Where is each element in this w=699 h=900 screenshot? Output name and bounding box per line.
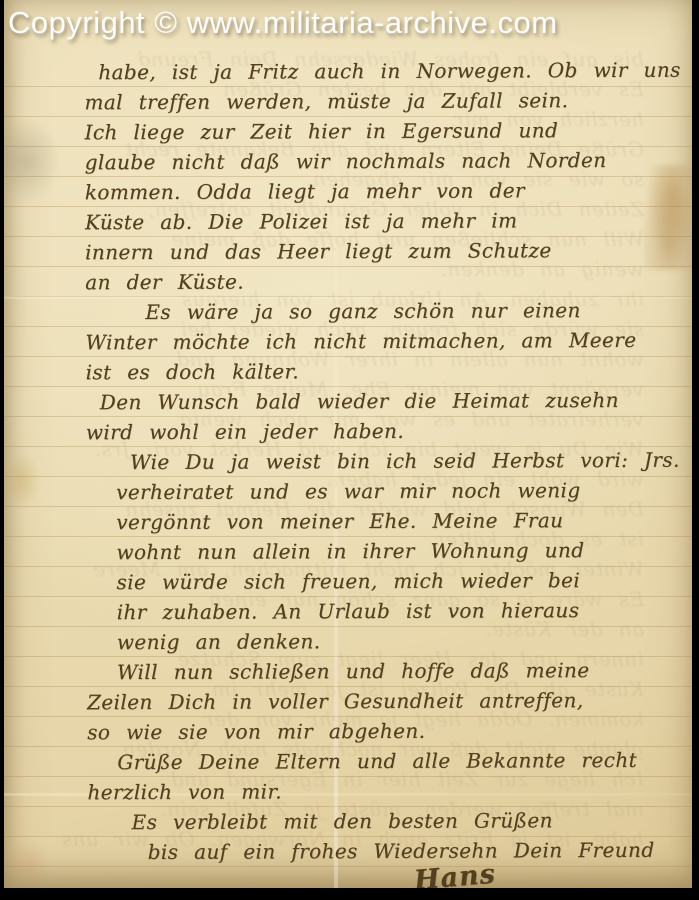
letter-line: Grüße Deine Eltern und alle Bekannte rec… xyxy=(87,745,673,778)
letter-line: verheiratet und es war mir noch wenig xyxy=(86,475,672,508)
letter-line: Den Wunsch bald wieder die Heimat zusehn xyxy=(86,385,672,418)
letter-line: so wie sie von mir abgehen. xyxy=(87,715,673,748)
letter-line: Es verbleibt mit den besten Grüßen xyxy=(88,805,674,838)
fingerprint-smudge xyxy=(4,118,60,204)
age-stain-bottom xyxy=(4,840,50,886)
letter-line: kommen. Odda liegt ja mehr von der xyxy=(85,175,671,208)
letter-line: wenig an denken. xyxy=(87,625,673,658)
letter-body: habe, ist ja Fritz auch in Norwegen. Ob … xyxy=(84,55,674,868)
letter-line: wohnt nun allein in ihrer Wohnung und xyxy=(86,535,672,568)
letter-line: wird wohl ein jeder haben. xyxy=(86,415,672,448)
letter-line: Küste ab. Die Polizei ist ja mehr im xyxy=(85,205,671,238)
letter-line: Ich liege zur Zeit hier in Egersund und xyxy=(84,115,670,148)
scanned-letter-page: bis auf ein frohes Wiedersehn Dein Freun… xyxy=(0,0,699,900)
letter-line: ihr zuhaben. An Urlaub ist von hieraus xyxy=(87,595,673,628)
letter-line: an der Küste. xyxy=(85,265,671,298)
letter-line: habe, ist ja Fritz auch in Norwegen. Ob … xyxy=(84,55,670,88)
letter-line: sie würde sich freuen, mich wieder bei xyxy=(86,565,672,598)
letter-line: Winter möchte ich nicht mitmachen, am Me… xyxy=(85,325,671,358)
letter-line: Zeilen Dich in voller Gesundheit antreff… xyxy=(87,685,673,718)
letter-line: glaube nicht daß wir nochmals nach Norde… xyxy=(85,145,671,178)
letter-line: bis auf ein frohes Wiedersehn Dein Freun… xyxy=(88,835,674,868)
letter-line: innern und das Heer liegt zum Schutze xyxy=(85,235,671,268)
letter-line: mal treffen werden, müste ja Zufall sein… xyxy=(84,85,670,118)
watermark: Copyright © www.militaria-archive.com xyxy=(8,5,688,41)
letter-line: Wie Du ja weist bin ich seid Herbst vori… xyxy=(86,445,672,478)
letter-line: herzlich von mir. xyxy=(87,775,673,808)
letter-line: vergönnt von meiner Ehe. Meine Frau xyxy=(86,505,672,538)
letter-line: ist es doch kälter. xyxy=(86,355,672,388)
letter-line: Will nun schließen und hoffe daß meine xyxy=(87,655,673,688)
age-stain-left xyxy=(4,452,40,508)
letter-line: Es wäre ja so ganz schön nur einen xyxy=(85,295,671,328)
letter-paper: bis auf ein frohes Wiedersehn Dein Freun… xyxy=(4,0,692,888)
